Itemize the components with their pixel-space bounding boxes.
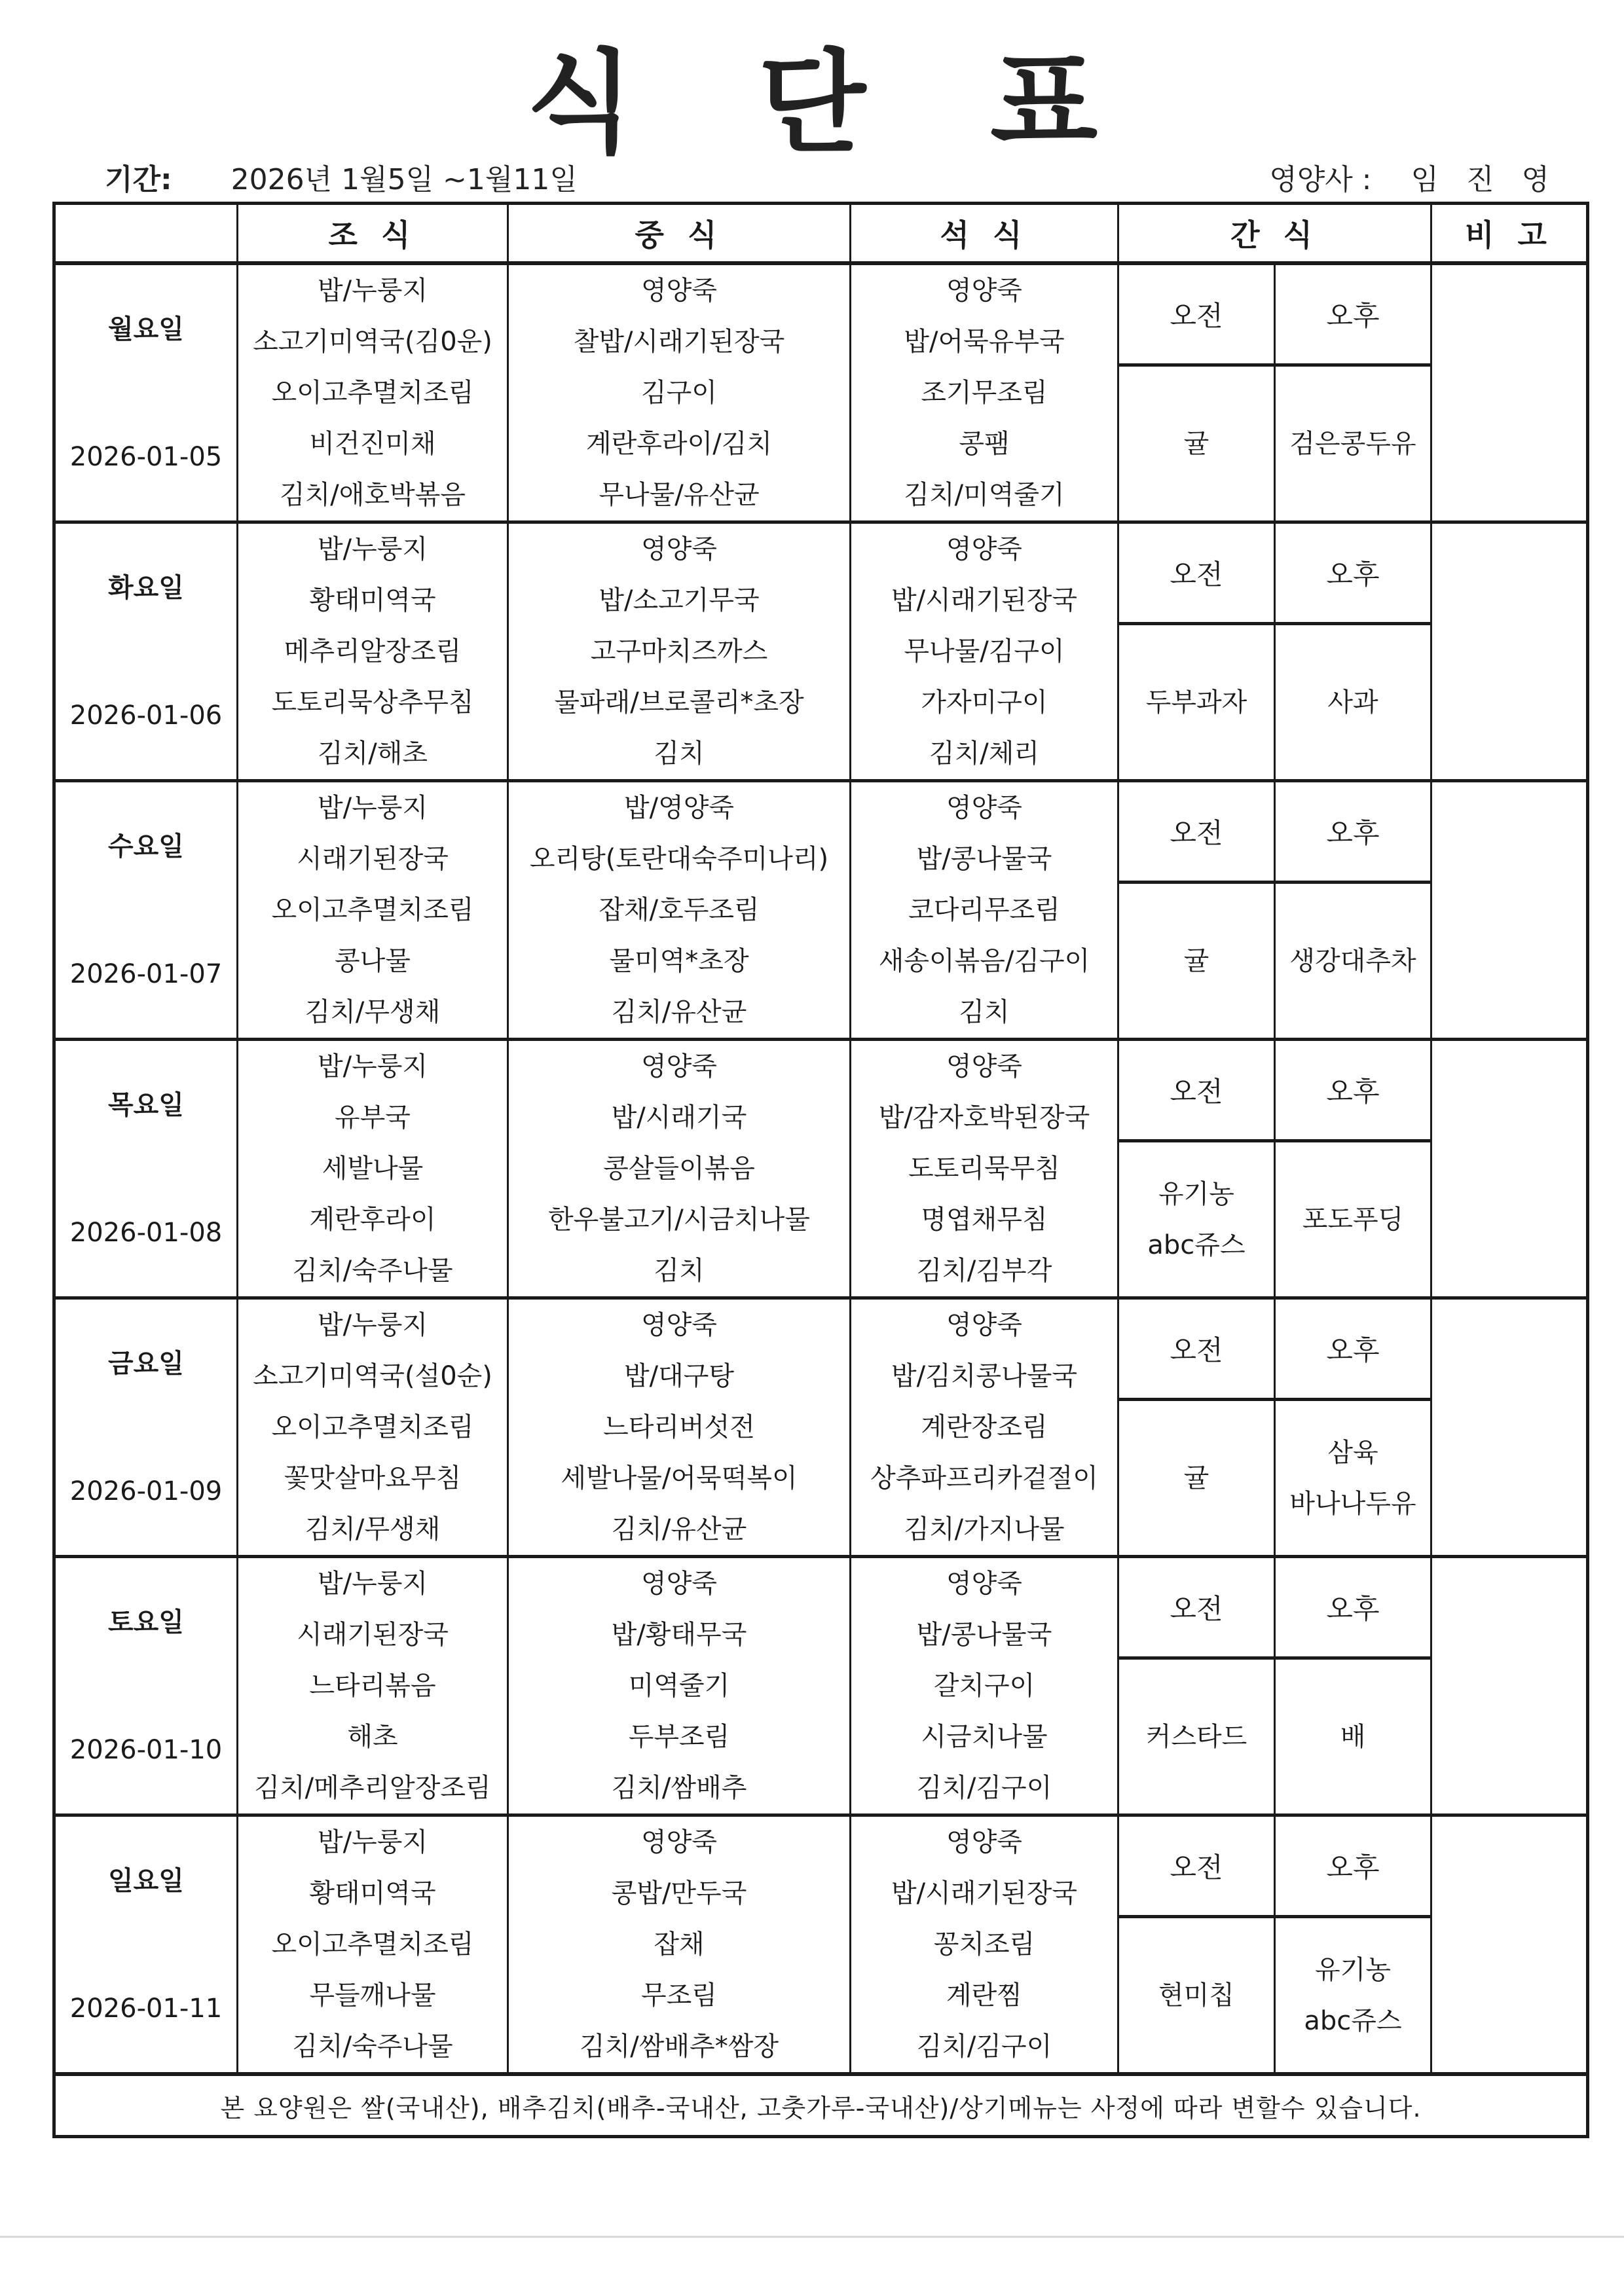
menu-item: 밥/누룽지 <box>238 1558 507 1609</box>
menu-item: 찰밥/시래기된장국 <box>509 316 849 367</box>
day-row: 목요일2026-01-08밥/누룽지유부국세발나물계란후라이김치/숙주나물영양죽… <box>54 1040 1588 1141</box>
scan-edge-line <box>0 2236 1624 2238</box>
day-date: 2026-01-07 <box>56 949 236 1000</box>
header-blank <box>54 204 238 264</box>
footer-row: 본 요양원은 쌀(국내산), 배추김치(배추-국내산, 고춧가루-국내산)/상기… <box>54 2074 1588 2137</box>
menu-item: 계란찜 <box>851 1970 1117 2021</box>
snack-pm-cell: 포도푸딩 <box>1275 1141 1431 1298</box>
day-name: 금요일 <box>56 1338 236 1389</box>
title-char: 표 <box>990 13 1098 173</box>
menu-item: 배 <box>1276 1711 1430 1762</box>
menu-item: abc쥬스 <box>1119 1220 1274 1271</box>
menu-item: 명엽채무침 <box>851 1194 1117 1245</box>
snack-pm-cell: 유기농abc쥬스 <box>1275 1917 1431 2074</box>
menu-item: 무나물/유산균 <box>509 469 849 520</box>
menu-item: 김치/쌈배추*쌈장 <box>509 2021 849 2072</box>
day-name: 토요일 <box>56 1597 236 1648</box>
menu-item: 사과 <box>1276 677 1430 728</box>
day-row: 화요일2026-01-06밥/누룽지황태미역국메추리알장조림도토리묵상추무침김치… <box>54 522 1588 624</box>
day-row: 금요일2026-01-09밥/누룽지소고기미역국(설0순)오이고추멸치조림꽃맛살… <box>54 1298 1588 1400</box>
period-label: 기간: <box>105 163 172 196</box>
snack-am-label: 오전 <box>1118 1040 1275 1141</box>
snack-pm-cell: 삼육바나나두유 <box>1275 1400 1431 1557</box>
menu-item: 가자미구이 <box>851 677 1117 728</box>
header-remarks: 비 고 <box>1431 204 1588 264</box>
day-date: 2026-01-06 <box>56 690 236 741</box>
breakfast-cell: 밥/누룽지시래기된장국오이고추멸치조림콩나물김치/무생채 <box>238 781 508 1040</box>
dietitian-label: 영양사 : <box>1269 163 1371 196</box>
menu-item: 김치/메추리알장조림 <box>238 1762 507 1813</box>
menu-item: 소고기미역국(김0운) <box>238 316 507 367</box>
menu-item: 영양죽 <box>851 1041 1117 1092</box>
menu-item: 계란장조림 <box>851 1402 1117 1453</box>
menu-item: 오이고추멸치조림 <box>238 367 507 418</box>
dinner-cell: 영양죽밥/시래기된장국꽁치조림계란찜김치/김구이 <box>851 1815 1118 2075</box>
menu-item: 오이고추멸치조림 <box>238 1919 507 1970</box>
menu-item: 무들깨나물 <box>238 1970 507 2021</box>
lunch-cell: 영양죽콩밥/만두국잡채무조림김치/쌈배추*쌈장 <box>508 1815 851 2075</box>
day-date: 2026-01-10 <box>56 1724 236 1776</box>
footer-note: 본 요양원은 쌀(국내산), 배추김치(배추-국내산, 고춧가루-국내산)/상기… <box>54 2074 1588 2137</box>
menu-item: 콩밥/만두국 <box>509 1868 849 1919</box>
menu-item: 김치/김부각 <box>851 1245 1117 1296</box>
remarks-cell <box>1431 1298 1588 1557</box>
menu-item: 영양죽 <box>509 1300 849 1351</box>
dinner-cell: 영양죽밥/김치콩나물국계란장조림상추파프리카겉절이김치/가지나물 <box>851 1298 1118 1557</box>
menu-item: 소고기미역국(설0순) <box>238 1351 507 1402</box>
menu-item: 두부과자 <box>1119 677 1274 728</box>
day-row: 일요일2026-01-11밥/누룽지황태미역국오이고추멸치조림무들깨나물김치/숙… <box>54 1815 1588 1917</box>
menu-item: 영양죽 <box>509 265 849 316</box>
menu-item: 현미칩 <box>1119 1970 1274 2021</box>
menu-item: 김치/김구이 <box>851 2021 1117 2072</box>
menu-item: 유기농 <box>1276 1944 1430 1995</box>
menu-item: 콩팸 <box>851 418 1117 469</box>
day-row: 수요일2026-01-07밥/누룽지시래기된장국오이고추멸치조림콩나물김치/무생… <box>54 781 1588 883</box>
menu-item: 귤 <box>1119 936 1274 987</box>
menu-item: 생강대추차 <box>1276 936 1430 987</box>
snack-am-label: 오전 <box>1118 1557 1275 1658</box>
header-dinner: 석 식 <box>851 204 1118 264</box>
snack-am-cell: 현미칩 <box>1118 1917 1275 2074</box>
day-date: 2026-01-09 <box>56 1466 236 1517</box>
snack-pm-label: 오후 <box>1275 1557 1431 1658</box>
menu-item: 밥/영양죽 <box>509 782 849 833</box>
header-snack: 간 식 <box>1118 204 1431 264</box>
snack-am-cell: 커스타드 <box>1118 1658 1275 1815</box>
snack-am-cell: 귤 <box>1118 883 1275 1040</box>
snack-am-cell: 유기농abc쥬스 <box>1118 1141 1275 1298</box>
snack-pm-label: 오후 <box>1275 1040 1431 1141</box>
menu-item: 갈치구이 <box>851 1660 1117 1711</box>
menu-item: 김치/애호박볶음 <box>238 469 507 520</box>
snack-pm-cell: 배 <box>1275 1658 1431 1815</box>
menu-item: 오이고추멸치조림 <box>238 1402 507 1453</box>
remarks-cell <box>1431 263 1588 522</box>
menu-item: 김치 <box>509 728 849 779</box>
menu-item: 한우불고기/시금치나물 <box>509 1194 849 1245</box>
day-name: 화요일 <box>56 562 236 613</box>
menu-item: 김치/유산균 <box>509 987 849 1038</box>
menu-item: 밥/누룽지 <box>238 1817 507 1868</box>
snack-pm-cell: 사과 <box>1275 624 1431 781</box>
menu-item: 계란후라이/김치 <box>509 418 849 469</box>
menu-item: 영양죽 <box>851 524 1117 575</box>
menu-item: 영양죽 <box>851 1300 1117 1351</box>
breakfast-cell: 밥/누룽지황태미역국메추리알장조림도토리묵상추무침김치/해초 <box>238 522 508 781</box>
snack-pm-cell: 검은콩두유 <box>1275 365 1431 522</box>
menu-item: 계란후라이 <box>238 1194 507 1245</box>
menu-item: 유기농 <box>1119 1169 1274 1220</box>
breakfast-cell: 밥/누룽지황태미역국오이고추멸치조림무들깨나물김치/숙주나물 <box>238 1815 508 2075</box>
menu-item: 밥/시래기국 <box>509 1092 849 1143</box>
menu-item: 밥/누룽지 <box>238 782 507 833</box>
day-name: 월요일 <box>56 304 236 355</box>
snack-am-cell: 귤 <box>1118 1400 1275 1557</box>
menu-item: 오리탕(토란대숙주미나리) <box>509 833 849 884</box>
menu-item: 해초 <box>238 1711 507 1762</box>
menu-item: 김치/김구이 <box>851 1762 1117 1813</box>
remarks-cell <box>1431 522 1588 781</box>
snack-am-label: 오전 <box>1118 1298 1275 1400</box>
menu-item: 콩나물 <box>238 936 507 987</box>
day-date: 2026-01-08 <box>56 1207 236 1258</box>
menu-item: 김치/숙주나물 <box>238 1245 507 1296</box>
day-date: 2026-01-05 <box>56 431 236 483</box>
menu-item: 메추리알장조림 <box>238 626 507 677</box>
menu-item: 도토리묵상추무침 <box>238 677 507 728</box>
menu-item: 영양죽 <box>851 1558 1117 1609</box>
snack-pm-label: 오후 <box>1275 781 1431 883</box>
header-breakfast: 조 식 <box>238 204 508 264</box>
day-cell: 수요일2026-01-07 <box>54 781 238 1040</box>
day-name: 수요일 <box>56 821 236 872</box>
menu-item: 밥/시래기된장국 <box>851 575 1117 626</box>
menu-item: 영양죽 <box>509 1558 849 1609</box>
breakfast-cell: 밥/누룽지시래기된장국느타리볶음해초김치/메추리알장조림 <box>238 1557 508 1815</box>
day-cell: 금요일2026-01-09 <box>54 1298 238 1557</box>
remarks-cell <box>1431 1557 1588 1815</box>
menu-item: 새송이볶음/김구이 <box>851 936 1117 987</box>
day-name: 일요일 <box>56 1855 236 1906</box>
dinner-cell: 영양죽밥/콩나물국갈치구이시금치나물김치/김구이 <box>851 1557 1118 1815</box>
snack-am-label: 오전 <box>1118 522 1275 624</box>
menu-item: 밥/콩나물국 <box>851 833 1117 884</box>
snack-pm-label: 오후 <box>1275 1815 1431 1917</box>
title-char: 단 <box>758 13 866 173</box>
menu-item: 밥/누룽지 <box>238 1300 507 1351</box>
lunch-cell: 영양죽밥/소고기무국고구마치즈까스물파래/브로콜리*초장김치 <box>508 522 851 781</box>
menu-item: 비건진미채 <box>238 418 507 469</box>
snack-pm-cell: 생강대추차 <box>1275 883 1431 1040</box>
menu-item: 밥/감자호박된장국 <box>851 1092 1117 1143</box>
dietitian-line: 영양사 :임 진 영 <box>1269 156 1559 198</box>
day-cell: 토요일2026-01-10 <box>54 1557 238 1815</box>
remarks-cell <box>1431 1040 1588 1298</box>
snack-am-cell: 두부과자 <box>1118 624 1275 781</box>
lunch-cell: 영양죽밥/대구탕느타리버섯전세발나물/어묵떡복이김치/유산균 <box>508 1298 851 1557</box>
menu-item: 밥/누룽지 <box>238 524 507 575</box>
dinner-cell: 영양죽밥/어묵유부국조기무조림콩팸김치/미역줄기 <box>851 263 1118 522</box>
menu-item: 잡채/호두조림 <box>509 884 849 936</box>
breakfast-cell: 밥/누룽지소고기미역국(설0순)오이고추멸치조림꽃맛살마요무침김치/무생채 <box>238 1298 508 1557</box>
menu-item: 느타리버섯전 <box>509 1402 849 1453</box>
menu-item: 김치/쌈배추 <box>509 1762 849 1813</box>
menu-item: 꽃맛살마요무침 <box>238 1453 507 1504</box>
menu-item: 물파래/브로콜리*초장 <box>509 677 849 728</box>
menu-item: 고구마치즈까스 <box>509 626 849 677</box>
menu-item: 도토리묵무침 <box>851 1143 1117 1194</box>
menu-item: 시금치나물 <box>851 1711 1117 1762</box>
breakfast-cell: 밥/누룽지소고기미역국(김0운)오이고추멸치조림비건진미채김치/애호박볶음 <box>238 263 508 522</box>
dinner-cell: 영양죽밥/감자호박된장국도토리묵무침명엽채무침김치/김부각 <box>851 1040 1118 1298</box>
snack-am-label: 오전 <box>1118 263 1275 365</box>
header-lunch: 중 식 <box>508 204 851 264</box>
menu-item: 김치/유산균 <box>509 1504 849 1555</box>
menu-item: 코다리무조림 <box>851 884 1117 936</box>
day-cell: 월요일2026-01-05 <box>54 263 238 522</box>
snack-pm-label: 오후 <box>1275 1298 1431 1400</box>
menu-item: 귤 <box>1119 1453 1274 1504</box>
menu-table: 조 식 중 식 석 식 간 식 비 고 월요일2026-01-05밥/누룽지소고… <box>52 202 1589 2138</box>
menu-item: 영양죽 <box>851 1817 1117 1868</box>
day-name: 목요일 <box>56 1080 236 1131</box>
menu-item: 두부조림 <box>509 1711 849 1762</box>
day-row: 토요일2026-01-10밥/누룽지시래기된장국느타리볶음해초김치/메추리알장조… <box>54 1557 1588 1658</box>
menu-item: 무나물/김구이 <box>851 626 1117 677</box>
dinner-cell: 영양죽밥/콩나물국코다리무조림새송이볶음/김구이김치 <box>851 781 1118 1040</box>
menu-item: 포도푸딩 <box>1276 1194 1430 1245</box>
dinner-cell: 영양죽밥/시래기된장국무나물/김구이가자미구이김치/체리 <box>851 522 1118 781</box>
menu-item: 꽁치조림 <box>851 1919 1117 1970</box>
menu-item: abc쥬스 <box>1276 1995 1430 2047</box>
menu-item: 김치/해초 <box>238 728 507 779</box>
menu-item: 삼육 <box>1276 1427 1430 1478</box>
menu-item: 귤 <box>1119 418 1274 469</box>
menu-item: 영양죽 <box>509 524 849 575</box>
lunch-cell: 영양죽밥/시래기국콩살들이볶음한우불고기/시금치나물김치 <box>508 1040 851 1298</box>
menu-item: 잡채 <box>509 1919 849 1970</box>
header-row: 조 식 중 식 석 식 간 식 비 고 <box>54 204 1588 264</box>
snack-am-label: 오전 <box>1118 1815 1275 1917</box>
menu-item: 김치 <box>509 1245 849 1296</box>
menu-item: 밥/어묵유부국 <box>851 316 1117 367</box>
snack-pm-label: 오후 <box>1275 263 1431 365</box>
menu-item: 유부국 <box>238 1092 507 1143</box>
menu-item: 세발나물 <box>238 1143 507 1194</box>
menu-item: 오이고추멸치조림 <box>238 884 507 936</box>
menu-item: 영양죽 <box>851 265 1117 316</box>
snack-am-cell: 귤 <box>1118 365 1275 522</box>
menu-item: 상추파프리카겉절이 <box>851 1453 1117 1504</box>
menu-item: 미역줄기 <box>509 1660 849 1711</box>
menu-item: 물미역*초장 <box>509 936 849 987</box>
menu-item: 김치/체리 <box>851 728 1117 779</box>
menu-item: 김치/무생채 <box>238 987 507 1038</box>
menu-item: 검은콩두유 <box>1276 418 1430 469</box>
menu-item: 밥/황태무국 <box>509 1609 849 1660</box>
breakfast-cell: 밥/누룽지유부국세발나물계란후라이김치/숙주나물 <box>238 1040 508 1298</box>
day-row: 월요일2026-01-05밥/누룽지소고기미역국(김0운)오이고추멸치조림비건진… <box>54 263 1588 365</box>
menu-item: 밥/콩나물국 <box>851 1609 1117 1660</box>
menu-item: 김치/숙주나물 <box>238 2021 507 2072</box>
period-value: 2026년 1월5일 ~1월11일 <box>231 163 578 196</box>
day-cell: 화요일2026-01-06 <box>54 522 238 781</box>
menu-item: 느타리볶음 <box>238 1660 507 1711</box>
menu-item: 김치/무생채 <box>238 1504 507 1555</box>
lunch-cell: 밥/영양죽오리탕(토란대숙주미나리)잡채/호두조림물미역*초장김치/유산균 <box>508 781 851 1040</box>
menu-item: 김치/미역줄기 <box>851 469 1117 520</box>
menu-item: 밥/누룽지 <box>238 265 507 316</box>
menu-item: 밥/대구탕 <box>509 1351 849 1402</box>
menu-item: 김치/가지나물 <box>851 1504 1117 1555</box>
menu-item: 바나나두유 <box>1276 1478 1430 1529</box>
menu-item: 김치 <box>851 987 1117 1038</box>
menu-item: 세발나물/어묵떡복이 <box>509 1453 849 1504</box>
menu-item: 황태미역국 <box>238 1868 507 1919</box>
menu-item: 밥/김치콩나물국 <box>851 1351 1117 1402</box>
menu-item: 시래기된장국 <box>238 1609 507 1660</box>
snack-pm-label: 오후 <box>1275 522 1431 624</box>
snack-am-label: 오전 <box>1118 781 1275 883</box>
dietitian-name: 임 진 영 <box>1411 163 1559 196</box>
menu-item: 커스타드 <box>1119 1711 1274 1762</box>
menu-item: 영양죽 <box>851 782 1117 833</box>
menu-item: 밥/소고기무국 <box>509 575 849 626</box>
menu-item: 밥/시래기된장국 <box>851 1868 1117 1919</box>
menu-item: 밥/누룽지 <box>238 1041 507 1092</box>
menu-item: 영양죽 <box>509 1041 849 1092</box>
day-cell: 목요일2026-01-08 <box>54 1040 238 1298</box>
remarks-cell <box>1431 1815 1588 2075</box>
day-cell: 일요일2026-01-11 <box>54 1815 238 2075</box>
lunch-cell: 영양죽찰밥/시래기된장국김구이계란후라이/김치무나물/유산균 <box>508 263 851 522</box>
menu-item: 조기무조림 <box>851 367 1117 418</box>
lunch-cell: 영양죽밥/황태무국미역줄기두부조림김치/쌈배추 <box>508 1557 851 1815</box>
menu-item: 황태미역국 <box>238 575 507 626</box>
day-date: 2026-01-11 <box>56 1983 236 2034</box>
menu-item: 영양죽 <box>509 1817 849 1868</box>
menu-item: 무조림 <box>509 1970 849 2021</box>
menu-item: 김구이 <box>509 367 849 418</box>
menu-item: 시래기된장국 <box>238 833 507 884</box>
title-char: 식 <box>526 13 634 173</box>
page-title: 식단표 <box>0 13 1624 173</box>
menu-item: 콩살들이볶음 <box>509 1143 849 1194</box>
period-line: 기간:2026년 1월5일 ~1월11일 <box>105 156 578 198</box>
remarks-cell <box>1431 781 1588 1040</box>
